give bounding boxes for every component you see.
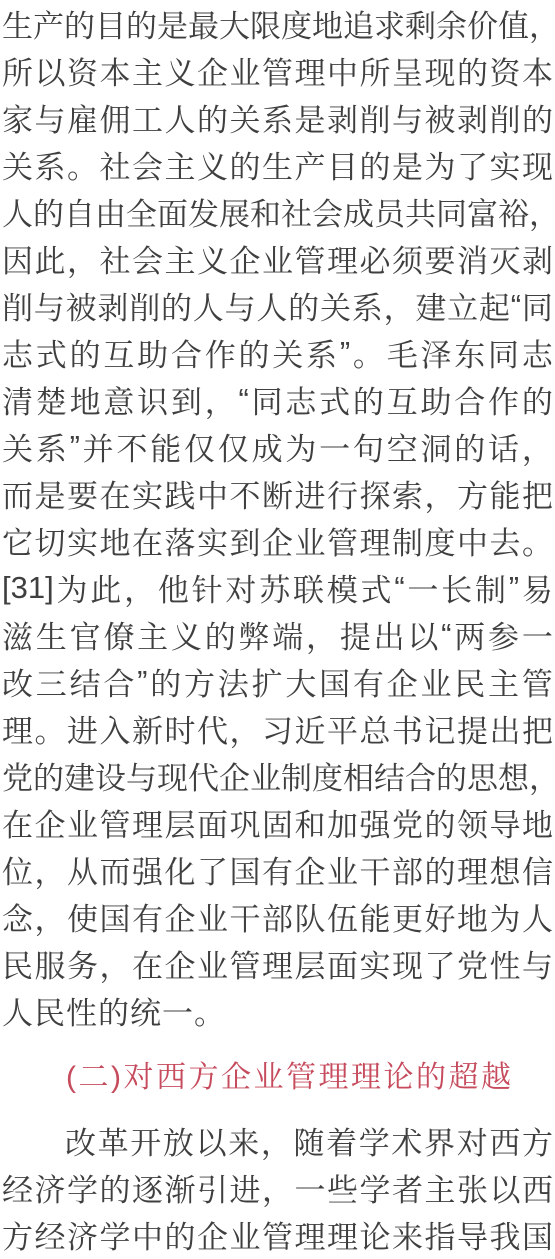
- text-line: 而是要在实践中不断进行探索，方能把: [2, 470, 553, 517]
- text-line: 人民性的统一。: [2, 987, 553, 1034]
- text-line: 党的建设与现代企业制度相结合的思想，: [2, 752, 553, 799]
- article-page: 生产的目的是最大限度地追求剩余价值，所以资本主义企业管理中所呈现的资本家与雇佣工…: [0, 0, 555, 1259]
- text-line: 生产的目的是最大限度地追求剩余价值，: [2, 0, 553, 47]
- body-paragraph-1: 生产的目的是最大限度地追求剩余价值，所以资本主义企业管理中所呈现的资本家与雇佣工…: [2, 0, 553, 1034]
- text-line: 位，从而强化了国有企业干部的理想信: [2, 846, 553, 893]
- text-line: 削与被剥削的人与人的关系，建立起“同: [2, 282, 553, 329]
- text-line: 念，使国有企业干部队伍能更好地为人: [2, 893, 553, 940]
- text-line: 清楚地意识到，“同志式的互助合作的: [2, 376, 553, 423]
- text-line: 关系”并不能仅仅成为一句空洞的话，: [2, 423, 553, 470]
- text-line: 在企业管理层面巩固和加强党的领导地: [2, 799, 553, 846]
- text-line: 因此，社会主义企业管理必须要消灭剥: [2, 235, 553, 282]
- text-line: 经济学的逐渐引进，一些学者主张以西: [2, 1164, 553, 1211]
- text-line: [31]为此，他针对苏联模式“一长制”易: [2, 564, 553, 611]
- text-line: 关系。社会主义的生产目的是为了实现: [2, 141, 553, 188]
- text-line: 所以资本主义企业管理中所呈现的资本: [2, 47, 553, 94]
- section-heading: (二)对西方企业管理理论的超越: [2, 1054, 553, 1101]
- text-line: 滋生官僚主义的弊端，提出以“两参一: [2, 611, 553, 658]
- text-line: 家与雇佣工人的关系是剥削与被剥削的: [2, 94, 553, 141]
- text-line: 民服务，在企业管理层面实现了党性与: [2, 940, 553, 987]
- text-line: 它切实地在落实到企业管理制度中去。: [2, 517, 553, 564]
- text-line: 人的自由全面发展和社会成员共同富裕，: [2, 188, 553, 235]
- body-paragraph-2: 改革开放以来，随着学术界对西方经济学的逐渐引进，一些学者主张以西方经济学中的企业…: [2, 1117, 553, 1258]
- text-line: 方经济学中的企业管理理论来指导我国: [2, 1211, 553, 1258]
- text-line: 理。进入新时代，习近平总书记提出把: [2, 705, 553, 752]
- text-line: 志式的互助合作的关系”。毛泽东同志: [2, 329, 553, 376]
- text-line: 改三结合”的方法扩大国有企业民主管: [2, 658, 553, 705]
- text-line: 改革开放以来，随着学术界对西方: [2, 1117, 553, 1164]
